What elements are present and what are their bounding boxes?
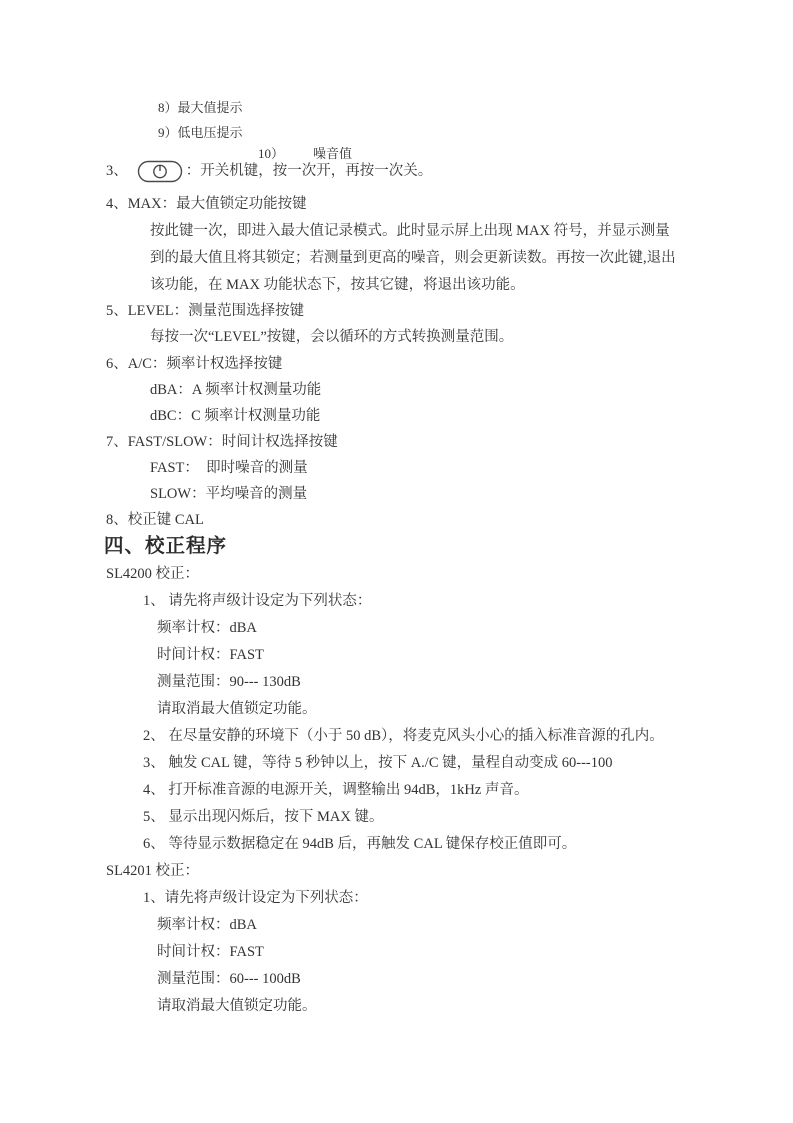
max-key-desc-line3: 该功能，在 MAX 功能状态下，按其它键，将退出该功能。 (150, 277, 525, 294)
sl4201-step1-detail-time: 时间计权：FAST (157, 944, 264, 961)
power-key-desc: ：开关机键，按一次开，再按一次关。 (186, 163, 433, 180)
sl4200-step1: 1、 请先将声级计设定为下列状态： (143, 593, 371, 610)
level-key-desc: 每按一次“LEVEL”按键，会以循环的方式转换测量范围。 (150, 329, 513, 346)
sl4201-step1-detail-range: 测量范围：60--- 100dB (157, 971, 301, 988)
item-10-number: 10） (258, 146, 284, 161)
ac-key-dba: dBA：A 频率计权测量功能 (150, 382, 321, 399)
sl4200-title: SL4200 校正： (106, 566, 199, 583)
sl4200-step2: 2、 在尽量安静的环境下（小于 50 dB），将麦克风头小心的插入标准音源的孔内… (143, 728, 664, 745)
sl4200-step5: 5、 显示出现闪烁后，按下 MAX 键。 (143, 809, 383, 826)
sl4200-step6: 6、 等待显示数据稳定在 94dB 后，再触发 CAL 键保存校正值即可。 (143, 836, 576, 853)
max-key-title: 4、MAX：最大值锁定功能按键 (106, 196, 307, 213)
cal-key-title: 8、校正键 CAL (106, 512, 204, 529)
document-page: 8）最大值提示 9）低电压提示 10）噪音值 3、 ：开关机键，按一次开，再按一… (0, 0, 793, 1123)
sl4200-step1-detail-range: 测量范围：90--- 130dB (157, 674, 301, 691)
fastslow-key-title: 7、FAST/SLOW：时间计权选择按键 (106, 434, 338, 451)
max-key-desc-line2: 到的最大值且将其锁定；若测量到更高的噪音，则会更新读数。再按一次此键,退出 (150, 250, 676, 267)
item-10-label: 噪音值 (313, 146, 352, 161)
sl4200-step4: 4、 打开标准音源的电源开关，调整输出 94dB，1kHz 声音。 (143, 782, 528, 799)
fastslow-key-slow: SLOW：平均噪音的测量 (150, 486, 307, 503)
sl4200-step1-detail-maxlock: 请取消最大值锁定功能。 (157, 701, 317, 718)
sl4201-step1: 1、请先将声级计设定为下列状态： (143, 890, 368, 907)
sl4200-step1-detail-time: 时间计权：FAST (157, 647, 264, 664)
max-key-desc-line1: 按此键一次，即进入最大值记录模式。此时显示屏上出现 MAX 符号，并显示测量 (150, 223, 670, 240)
display-list-item-9: 9）低电压提示 (158, 124, 243, 141)
fastslow-key-fast: FAST： 即时噪音的测量 (150, 460, 308, 477)
sl4200-step3: 3、 触发 CAL 键，等待 5 秒钟以上，按下 A./C 键，量程自动变成 6… (143, 755, 613, 772)
ac-key-dbc: dBC：C 频率计权测量功能 (150, 408, 320, 425)
power-key-number: 3、 (106, 163, 128, 180)
level-key-title: 5、LEVEL：测量范围选择按键 (106, 303, 304, 320)
sl4201-step1-detail-maxlock: 请取消最大值锁定功能。 (157, 998, 317, 1015)
power-icon (137, 160, 183, 183)
section-heading-calibration: 四、校正程序 (104, 535, 227, 557)
ac-key-title: 6、A/C：频率计权选择按键 (106, 356, 282, 373)
display-list-item-8: 8）最大值提示 (158, 99, 243, 116)
sl4200-step1-detail-frequency: 频率计权：dBA (157, 620, 257, 637)
power-key-line: 3、 ：开关机键，按一次开，再按一次关。 (106, 160, 432, 183)
sl4201-title: SL4201 校正： (106, 863, 199, 880)
sl4201-step1-detail-frequency: 频率计权：dBA (157, 917, 257, 934)
